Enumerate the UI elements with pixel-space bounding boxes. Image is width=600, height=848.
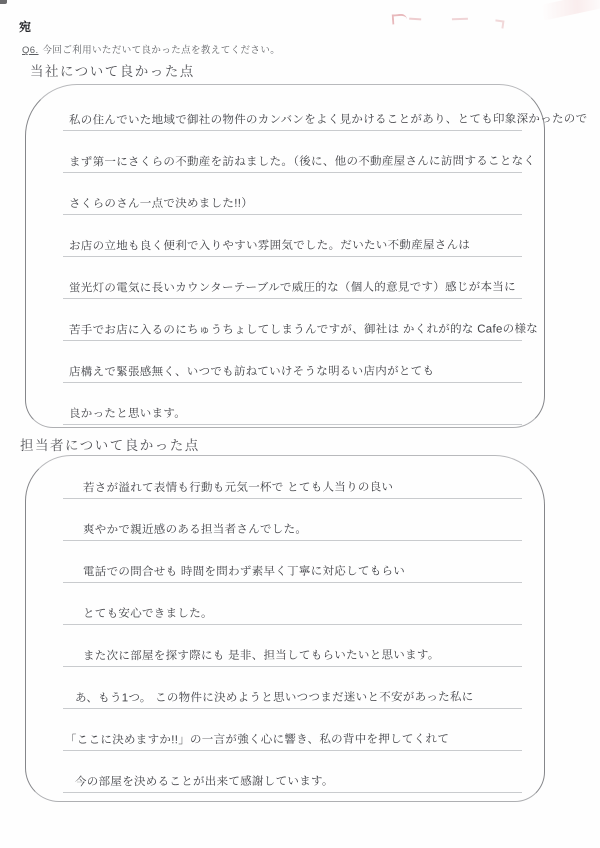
ruled-line: 苦手でお店に入るのにちゅうちょしてしまうんですが、御社は かくれが的な Cafe…	[63, 299, 522, 341]
ruled-line: 店構えで緊張感無く、いつでも訪ねていけそうな明るい店内がとても	[63, 341, 522, 383]
ruled-line: 電話での問合せも 時間を問わず素早く丁寧に対応してもらい	[63, 541, 522, 583]
ruled-line: まず第一にさくらの不動産を訪ねました。（後に、他の不動産屋さんに訪問することなく	[63, 131, 522, 173]
question-line: Q6.今回ご利用いただいて良かった点を教えてください。	[22, 42, 280, 56]
handwritten-text: 蛍光灯の電気に長いカウンターテーブルで威圧的な（個人的意見です）感じが本当に	[63, 278, 516, 298]
ruled-line: また次に部屋を探す際にも 是非、担当してもらいたいと思います。	[63, 625, 522, 667]
faded-ink-stroke	[392, 13, 408, 24]
company-answer-box: 私の住んでいた地域で御社の物件のカンバンをよく見かけることがあり、とても印象深か…	[25, 84, 545, 428]
scan-artifact-speck	[0, 0, 7, 4]
handwritten-text: 爽やかで親近感のある担当者さんでした。	[63, 521, 307, 541]
handwritten-text: あ、もう1つ。 この物件に決めようと思いつつまだ迷いと不安があった私に	[63, 688, 474, 708]
handwritten-text: とても安心できました。	[63, 605, 213, 624]
handwritten-text: 「ここに決めますか!!」の一言が強く心に響き、私の背中を押してくれて	[63, 730, 449, 750]
section-title-agent: 担当者について良かった点	[20, 434, 200, 454]
ruled-line: さくらのさん一点で決めました!!）	[63, 173, 522, 215]
faded-ink-stroke	[494, 19, 504, 28]
handwritten-text: さくらのさん一点で決めました!!）	[63, 195, 253, 214]
handwritten-text: 電話での問合せも 時間を問わず素早く丁寧に対応してもらい	[63, 563, 405, 583]
ruled-line: お店の立地も良く便利で入りやすい雰囲気でした。だいたい不動産屋さんは	[63, 215, 522, 257]
question-number: Q6.	[22, 45, 39, 56]
faded-red-ink-marks	[392, 12, 532, 28]
handwritten-text: 苦手でお店に入るのにちゅうちょしてしまうんですが、御社は かくれが的な Cafe…	[63, 320, 538, 340]
handwritten-text: また次に部屋を探す際にも 是非、担当してもらいたいと思います。	[63, 647, 440, 667]
handwritten-text: 若さが溢れて表情も行動も元気一杯で とても人当りの良い	[63, 479, 393, 499]
ruled-line: 若さが溢れて表情も行動も元気一杯で とても人当りの良い	[63, 457, 522, 499]
ruled-line: 良かったと思います。	[63, 383, 522, 425]
ruled-line: 爽やかで親近感のある担当者さんでした。	[63, 499, 522, 541]
faded-ink-stroke	[409, 18, 421, 26]
scanned-survey-page: 宛 Q6.今回ご利用いただいて良かった点を教えてください。 当社について良かった…	[0, 0, 600, 848]
ruled-line: あ、もう1つ。 この物件に決めようと思いつつまだ迷いと不安があった私に	[63, 667, 522, 709]
handwritten-text: 良かったと思います。	[63, 405, 186, 424]
handwritten-text: 店構えで緊張感無く、いつでも訪ねていけそうな明るい店内がとても	[63, 363, 434, 383]
handwritten-text: お店の立地も良く便利で入りやすい雰囲気でした。だいたい不動産屋さんは	[63, 236, 470, 256]
handwritten-text: まず第一にさくらの不動産を訪ねました。（後に、他の不動産屋さんに訪問することなく	[63, 152, 535, 172]
faded-ink-stroke	[452, 18, 468, 25]
ruled-line: 「ここに決めますか!!」の一言が強く心に響き、私の背中を押してくれて	[63, 709, 522, 751]
ruled-line: 蛍光灯の電気に長いカウンターテーブルで威圧的な（個人的意見です）感じが本当に	[63, 257, 522, 299]
ruled-line: 私の住んでいた地域で御社の物件のカンバンをよく見かけることがあり、とても印象深か…	[63, 89, 522, 131]
scan-smudge	[541, 0, 600, 20]
handwritten-text: 私の住んでいた地域で御社の物件のカンバンをよく見かけることがあり、とても印象深か…	[63, 110, 587, 130]
ruled-line: 今の部屋を決めることが出来て感謝しています。	[63, 751, 522, 793]
recipient-label: 宛	[19, 18, 32, 35]
section-title-company: 当社について良かった点	[30, 60, 195, 80]
ruled-line: とても安心できました。	[63, 583, 522, 625]
question-text: 今回ご利用いただいて良かった点を教えてください。	[43, 45, 281, 56]
handwritten-text: 今の部屋を決めることが出来て感謝しています。	[63, 773, 334, 793]
agent-answer-box: 若さが溢れて表情も行動も元気一杯で とても人当りの良い 爽やかで親近感のある担当…	[25, 455, 545, 802]
